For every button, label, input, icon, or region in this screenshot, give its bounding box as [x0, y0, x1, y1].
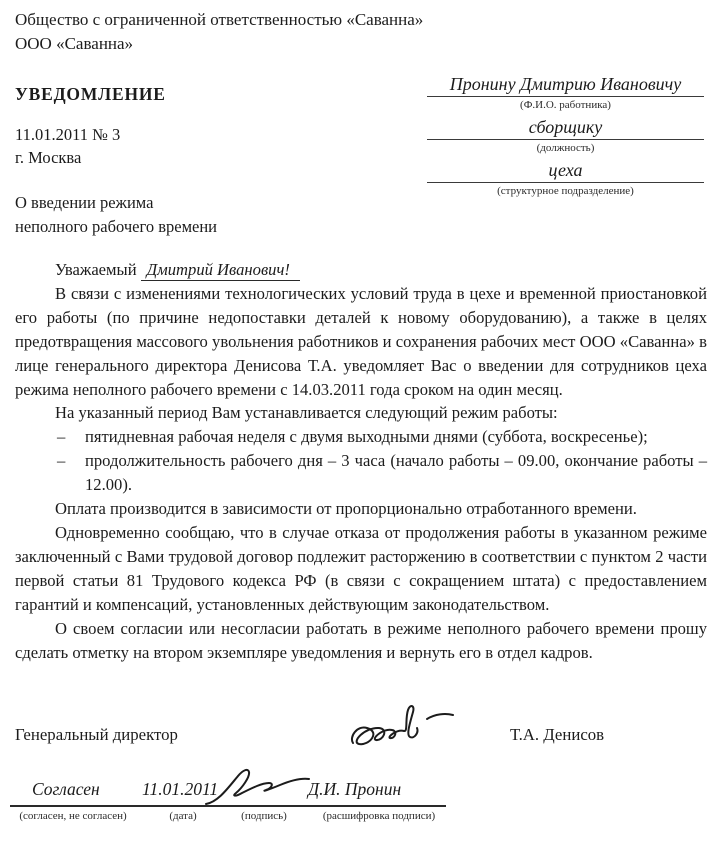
doc-meta: 11.01.2011 № 3 г. Москва: [15, 123, 120, 169]
list-item-hours: – продолжительность рабочего дня – 3 час…: [15, 449, 707, 497]
agreement-date-caption: (дата): [138, 810, 228, 822]
paragraph-schedule-intro: На указанный период Вам устанавливается …: [15, 401, 707, 425]
paragraph-consent-request: О своем согласии или несогласии работать…: [15, 617, 707, 665]
subject-line-2: неполного рабочего времени: [15, 215, 217, 239]
director-title: Генеральный директор: [15, 725, 178, 745]
addressee-block: Пронину Дмитрию Ивановичу (Ф.И.О. работн…: [427, 74, 704, 203]
agreement-block: Согласен 11.01.2011 Д.И. Пронин (согласе…: [10, 776, 446, 834]
org-name-full: Общество с ограниченной ответственностью…: [15, 8, 423, 32]
salutation-name: Дмитрий Иванович!: [141, 260, 300, 281]
paragraph-payment: Оплата производится в зависимости от про…: [15, 497, 707, 521]
doc-subject: О введении режима неполного рабочего вре…: [15, 191, 217, 239]
list-item-week-text: пятидневная рабочая неделя с двумя выход…: [85, 427, 648, 446]
addressee-name-field: Пронину Дмитрию Ивановичу (Ф.И.О. работн…: [427, 74, 704, 111]
director-signature-row: Генеральный директор Т.А. Денисов: [15, 695, 707, 750]
agreement-name-caption: (расшифровка подписи): [306, 810, 452, 822]
addressee-department-value: цеха: [427, 160, 704, 183]
doc-title: УВЕДОМЛЕНИЕ: [15, 84, 166, 105]
agreement-decision-caption: (согласен, не согласен): [10, 810, 136, 822]
agreement-worker-name: Д.И. Пронин: [308, 779, 401, 800]
director-signature-icon: [345, 697, 465, 749]
addressee-position-caption: (должность): [427, 142, 704, 154]
org-name-short: ООО «Саванна»: [15, 32, 423, 56]
worker-signature-icon: [202, 762, 314, 808]
salutation: УважаемыйДмитрий Иванович!: [15, 258, 707, 282]
document-page: Общество с ограниченной ответственностью…: [0, 0, 723, 841]
document-body: УважаемыйДмитрий Иванович! В связи с изм…: [15, 258, 707, 664]
director-name: Т.А. Денисов: [510, 725, 604, 745]
addressee-position-value: сборщику: [427, 117, 704, 140]
salutation-prefix: Уважаемый: [55, 260, 137, 279]
subject-line-1: О введении режима: [15, 191, 217, 215]
org-header: Общество с ограниченной ответственностью…: [15, 8, 423, 56]
list-item-week: – пятидневная рабочая неделя с двумя вых…: [15, 425, 707, 449]
doc-date-number: 11.01.2011 № 3: [15, 123, 120, 146]
paragraph-refusal: Одновременно сообщаю, что в случае отказ…: [15, 521, 707, 617]
addressee-department-caption: (структурное подразделение): [427, 185, 704, 197]
list-item-hours-text: продолжительность рабочего дня – 3 часа …: [85, 451, 707, 494]
addressee-position-field: сборщику (должность): [427, 117, 704, 154]
paragraph-intro: В связи с изменениями технологических ус…: [15, 282, 707, 402]
addressee-name-value: Пронину Дмитрию Ивановичу: [427, 74, 704, 97]
agreement-decision-value: Согласен: [32, 779, 100, 800]
list-dash: –: [57, 449, 65, 473]
agreement-sign-caption: (подпись): [224, 810, 304, 822]
addressee-department-field: цеха (структурное подразделение): [427, 160, 704, 197]
doc-city: г. Москва: [15, 146, 120, 169]
addressee-name-caption: (Ф.И.О. работника): [427, 99, 704, 111]
list-dash: –: [57, 425, 65, 449]
